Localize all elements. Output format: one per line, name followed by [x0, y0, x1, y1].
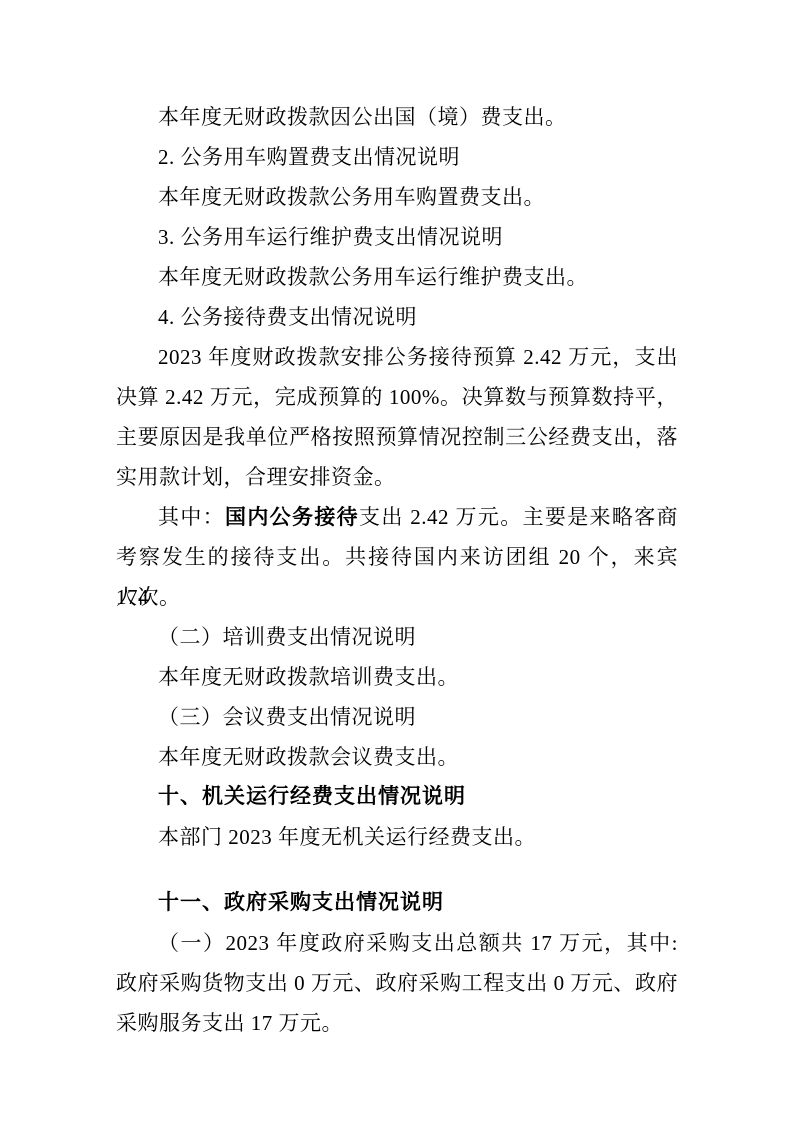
line-item3-vehicle-maintenance-title: 3. 公务用车运行维护费支出情况说明	[116, 217, 678, 257]
line-text: 本年度无财政拨款公务用车购置费支出。	[158, 185, 545, 209]
line-no-operating-expense: 本部门 2023 年度无机关运行经费支出。	[116, 817, 678, 857]
line-section2-training-title: （二）培训费支出情况说明	[116, 617, 678, 657]
line-no-outbound-expense: 本年度无财政拨款因公出国（境）费支出。	[116, 97, 678, 137]
line-procurement-2: 政府采购货物支出 0 万元、政府采购工程支出 0 万元、政府	[116, 963, 678, 1003]
line-text: 2023 年度财政拨款安排公务接待预算 2.42 万元，支出	[158, 345, 678, 369]
line-reception-paragraph-3: 主要原因是我单位严格按照预算情况控制三公经费支出，落	[116, 417, 678, 457]
line-domestic-reception-3: 人次。	[116, 577, 678, 617]
line-item4-reception-title: 4. 公务接待费支出情况说明	[116, 297, 678, 337]
line-procurement-1: （一）2023 年度政府采购支出总额共 17 万元，其中:	[116, 923, 678, 963]
line-reception-paragraph-2: 决算 2.42 万元，完成预算的 100%。决算数与预算数持平，	[116, 377, 678, 417]
line-procurement-3: 采购服务支出 17 万元。	[116, 1003, 678, 1043]
line-text: 采购服务支出 17 万元。	[116, 1011, 343, 1035]
line-domestic-reception-2: 考察发生的接待支出。共接待国内来访团组 20 个，来宾 174	[116, 537, 678, 577]
heading-text: 十一、政府采购支出情况说明	[158, 891, 444, 914]
line-text: 本年度无财政拨款会议费支出。	[158, 745, 459, 769]
line-no-training-expense: 本年度无财政拨款培训费支出。	[116, 657, 678, 697]
line-text: 支出 2.42 万元。主要是来略客商	[359, 505, 678, 529]
line-text: （一）2023 年度政府采购支出总额共 17 万元，其中:	[158, 931, 678, 955]
line-text: （三）会议费支出情况说明	[158, 705, 416, 729]
line-text: 本年度无财政拨款因公出国（境）费支出。	[158, 105, 567, 129]
line-text: 人次。	[116, 585, 181, 609]
line-section3-meeting-title: （三）会议费支出情况说明	[116, 697, 678, 737]
line-reception-paragraph-1: 2023 年度财政拨款安排公务接待预算 2.42 万元，支出	[116, 337, 678, 377]
document-body: 本年度无财政拨款因公出国（境）费支出。 2. 公务用车购置费支出情况说明 本年度…	[116, 97, 678, 1043]
line-text: 3. 公务用车运行维护费支出情况说明	[158, 225, 503, 249]
line-item2-vehicle-purchase-title: 2. 公务用车购置费支出情况说明	[116, 137, 678, 177]
line-domestic-reception-1: 其中：国内公务接待支出 2.42 万元。主要是来略客商	[116, 497, 678, 537]
line-text: 决算 2.42 万元，完成预算的 100%。决算数与预算数持平，	[116, 385, 678, 409]
document-page: 本年度无财政拨款因公出国（境）费支出。 2. 公务用车购置费支出情况说明 本年度…	[0, 0, 793, 1122]
line-text: 实用款计划，合理安排资金。	[116, 465, 396, 489]
line-text: 其中：	[158, 505, 225, 529]
line-text: （二）培训费支出情况说明	[158, 625, 416, 649]
line-no-vehicle-maintenance-expense: 本年度无财政拨款公务用车运行维护费支出。	[116, 257, 678, 297]
line-reception-paragraph-4: 实用款计划，合理安排资金。	[116, 457, 678, 497]
line-text: 政府采购货物支出 0 万元、政府采购工程支出 0 万元、政府	[116, 971, 678, 995]
heading-text: 十、机关运行经费支出情况说明	[158, 785, 466, 808]
heading-section10-operating-expense: 十、机关运行经费支出情况说明	[116, 777, 678, 817]
heading-section11-gov-procurement: 十一、政府采购支出情况说明	[116, 883, 678, 923]
line-text: 本部门 2023 年度无机关运行经费支出。	[158, 825, 536, 849]
line-text: 2. 公务用车购置费支出情况说明	[158, 145, 460, 169]
line-text: 本年度无财政拨款培训费支出。	[158, 665, 459, 689]
line-no-vehicle-purchase-expense: 本年度无财政拨款公务用车购置费支出。	[116, 177, 678, 217]
domestic-reception-bold-label: 国内公务接待	[225, 506, 359, 529]
line-text: 本年度无财政拨款公务用车运行维护费支出。	[158, 265, 588, 289]
line-no-meeting-expense: 本年度无财政拨款会议费支出。	[116, 737, 678, 777]
line-text: 4. 公务接待费支出情况说明	[158, 305, 417, 329]
line-text: 主要原因是我单位严格按照预算情况控制三公经费支出，落	[116, 425, 678, 449]
